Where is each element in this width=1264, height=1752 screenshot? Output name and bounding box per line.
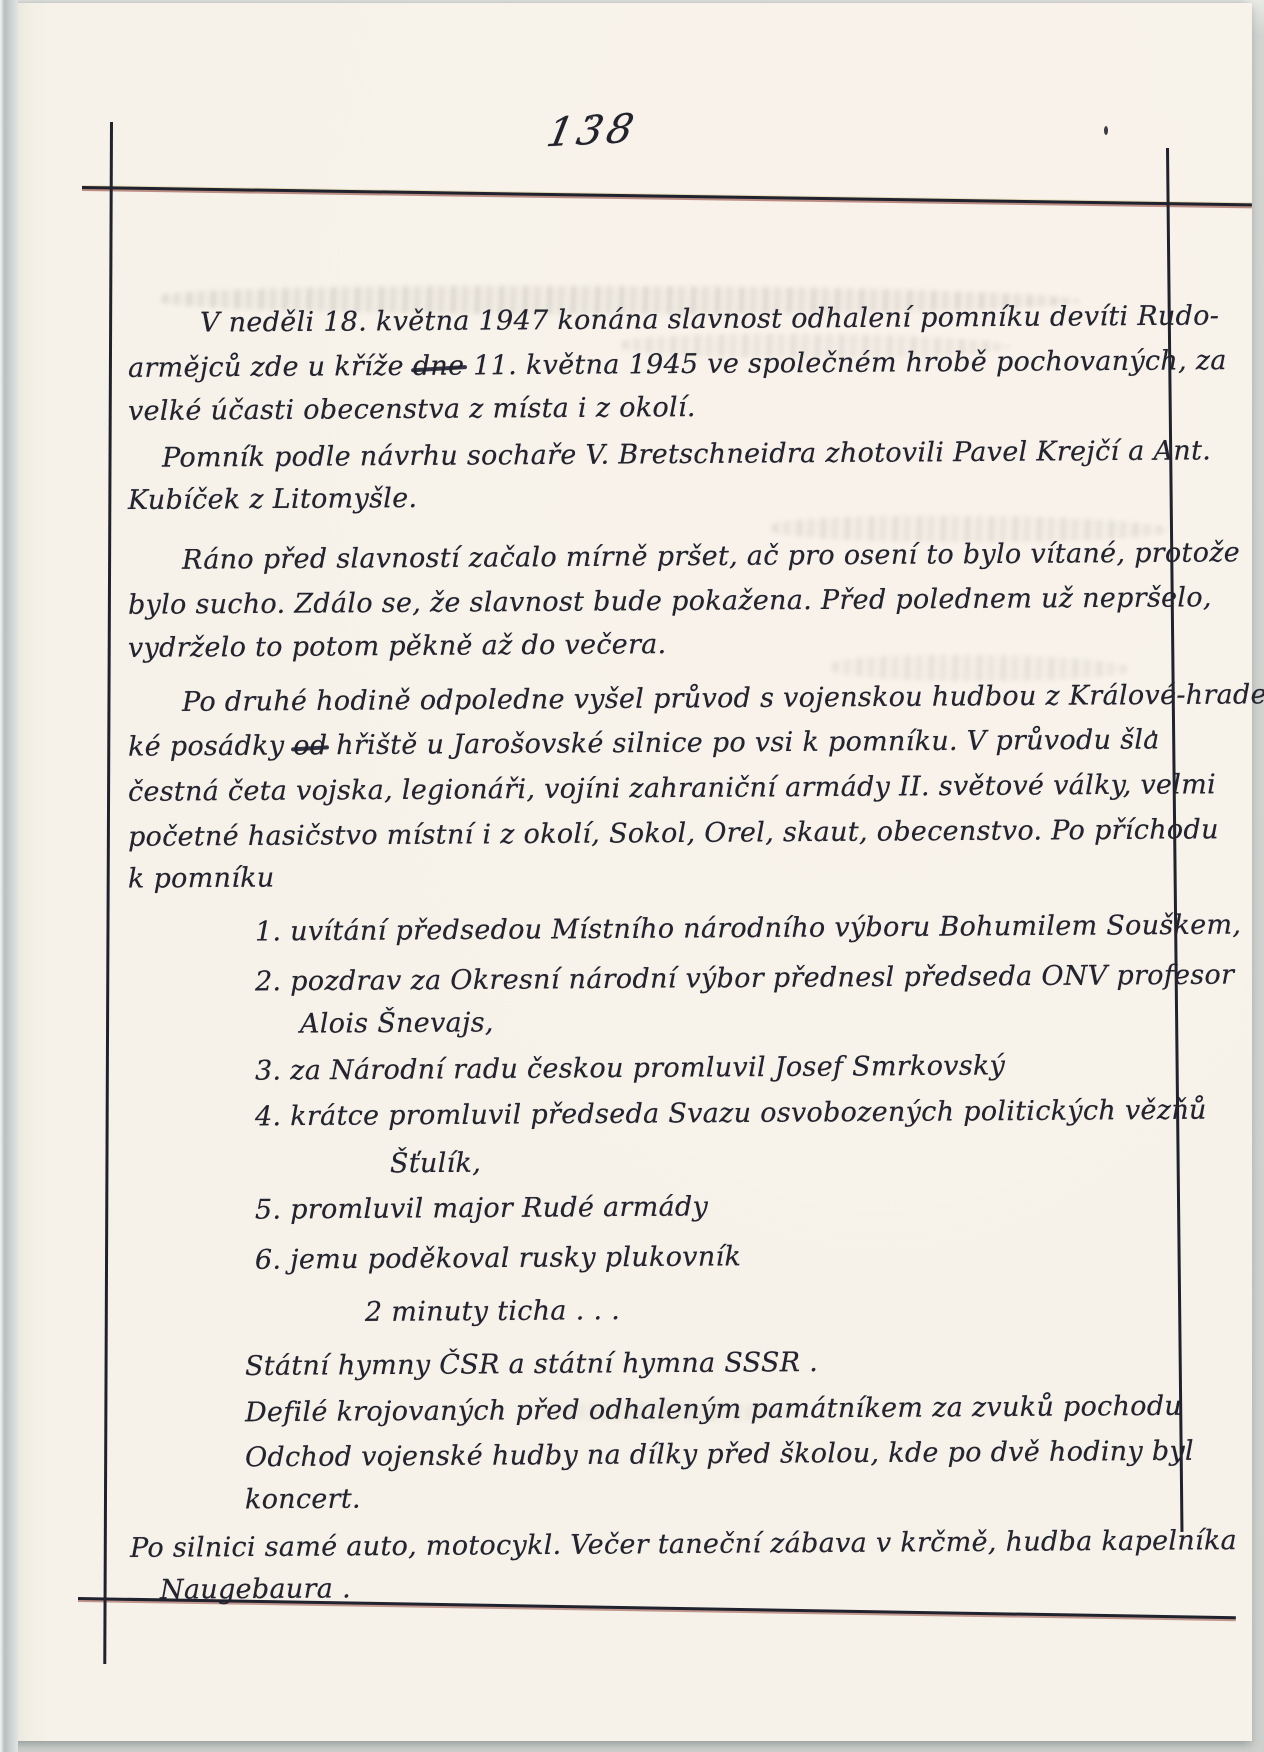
manuscript-line: 1. uvítání předsedou Místního národního … — [255, 909, 1241, 950]
manuscript-line: 6. jemu poděkoval rusky plukovník — [255, 1240, 741, 1277]
manuscript-line: čestná četa vojska, legionáři, vojíni za… — [128, 768, 1216, 810]
manuscript-line: armějců zde u kříže dne 11. května 1945 … — [128, 344, 1227, 386]
manuscript-line: Kubíček z Litomyšle. — [128, 482, 418, 518]
manuscript-line: Ráno před slavností začalo mírně pršet, … — [182, 536, 1240, 577]
manuscript-line: 3. za Národní radu českou promluvil Jose… — [255, 1049, 1005, 1088]
manuscript-line: Alois Šnevajs, — [300, 1006, 494, 1041]
manuscript-text: V neděli 18. května 1947 konána slavnost… — [0, 0, 1264, 1752]
manuscript-line: V neděli 18. května 1947 konána slavnost… — [200, 299, 1219, 340]
manuscript-line: k pomníku — [128, 861, 275, 896]
manuscript-line: Šťulík, — [390, 1147, 481, 1182]
manuscript-line: koncert. — [245, 1483, 361, 1518]
manuscript-line: 2 minuty ticha . . . — [365, 1294, 620, 1330]
manuscript-line: vydrželo to potom pěkně až do večera. — [128, 628, 667, 666]
manuscript-line: Pomník podle návrhu sochaře V. Bretschne… — [162, 434, 1211, 475]
manuscript-line: početné hasičstvo místní i z okolí, Soko… — [128, 813, 1219, 855]
manuscript-line: 5. promluvil major Rudé armády — [255, 1190, 708, 1227]
manuscript-line: 2. pozdrav za Okresní národní výbor před… — [255, 959, 1234, 1000]
struck-word: od — [293, 730, 327, 761]
struck-word: dne — [413, 350, 465, 381]
manuscript-line: Státní hymny ČSR a státní hymna SSSR . — [245, 1346, 818, 1384]
manuscript-line: Po druhé hodině odpoledne vyšel průvod s… — [182, 678, 1264, 720]
manuscript-line: Defilé krojovaných před odhaleným památn… — [245, 1390, 1182, 1431]
manuscript-line: Po silnici samé auto, motocykl. Večer ta… — [130, 1524, 1237, 1566]
manuscript-line: ké posádky od hřiště u Jarošovské silnic… — [128, 723, 1160, 764]
manuscript-line: Odchod vojenské hudby na dílky před škol… — [245, 1435, 1194, 1476]
manuscript-line: velké účasti obecenstva z místa i z okol… — [128, 391, 696, 429]
scanned-page: 138 V neděli 18. května 1947 konána slav… — [0, 0, 1264, 1752]
manuscript-line: 4. krátce promluvil předseda Svazu osvob… — [255, 1094, 1207, 1135]
manuscript-line: Naugebaura . — [160, 1572, 351, 1607]
manuscript-line: bylo sucho. Zdálo se, že slavnost bude p… — [128, 581, 1212, 623]
